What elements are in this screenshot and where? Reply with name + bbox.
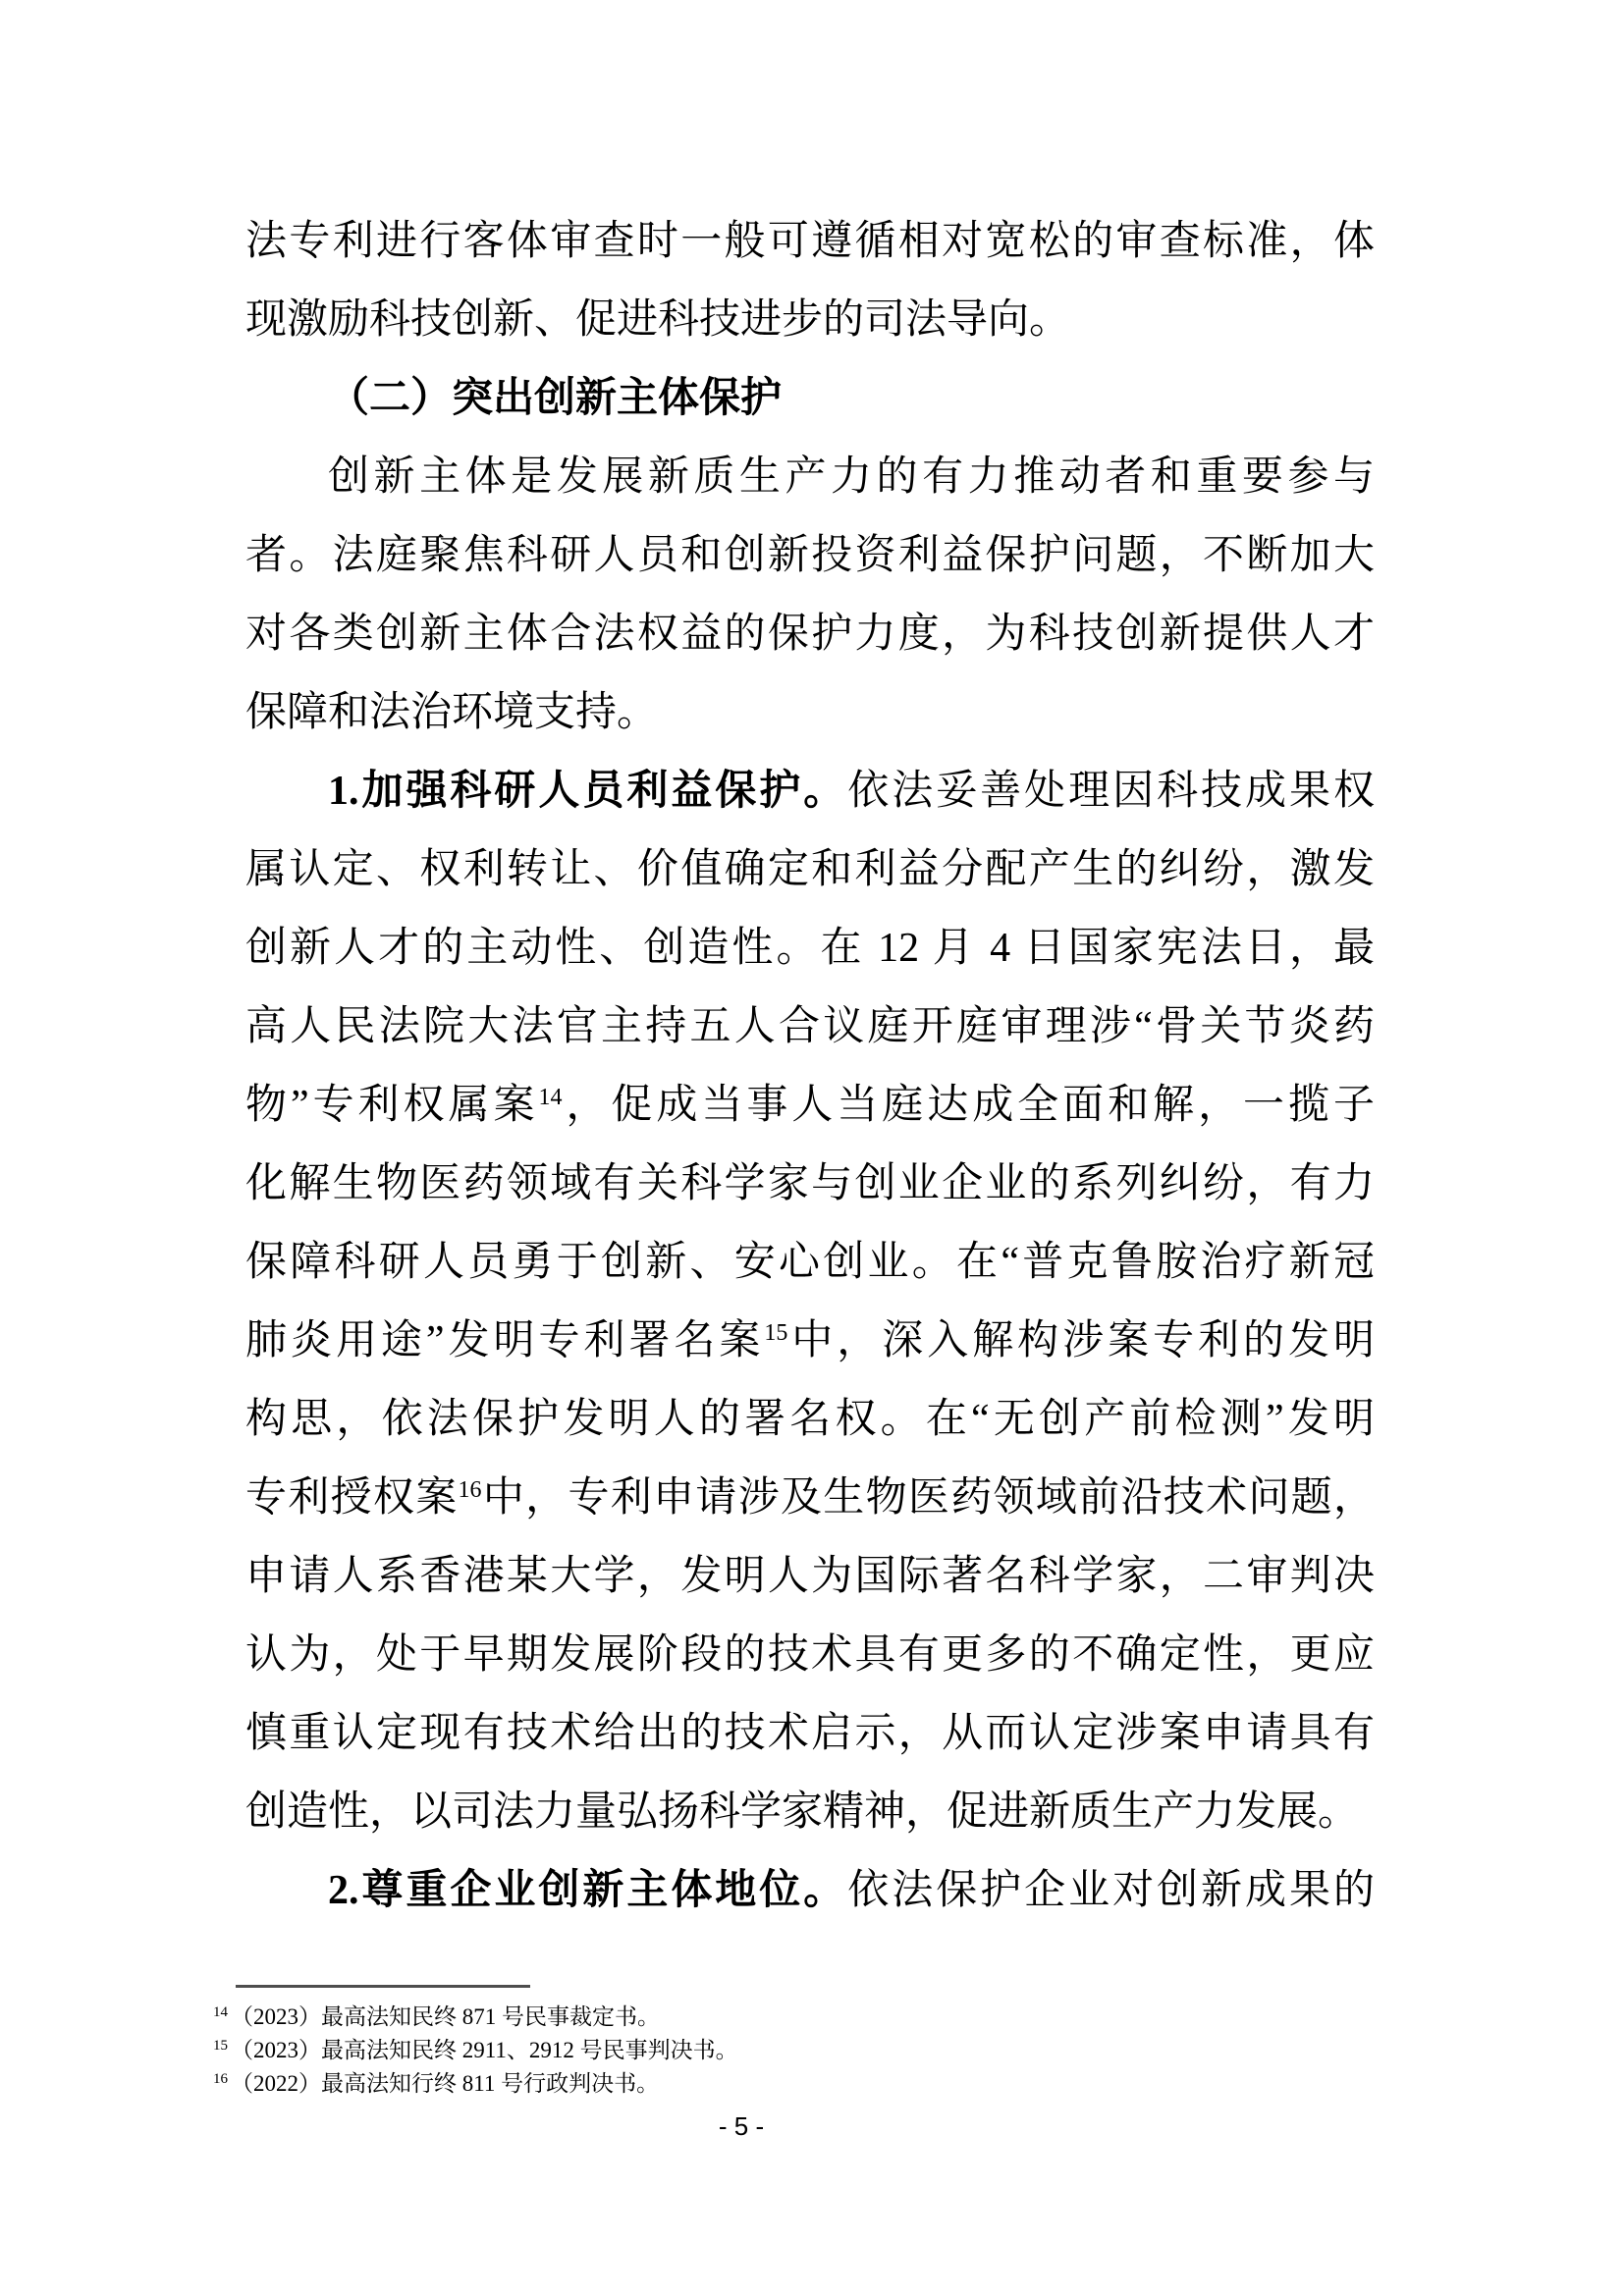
text-line: 高人民法院大法官主持五人合议庭开庭审理涉“骨关节炎药: [245, 988, 1375, 1066]
text-run: 创新主体是发展新质生产力的有力推动者和重要参与: [328, 454, 1375, 500]
text-line: 法专利进行客体审查时一般可遵循相对宽松的审查标准，体: [245, 202, 1375, 281]
text-run: 者。法庭聚焦科研人员和创新投资利益保护问题，不断加大: [245, 533, 1375, 578]
footnote-reference: 14: [538, 1085, 562, 1110]
text-run: 创造性，以司法力量弘扬科学家精神，促进新质生产力发展。: [245, 1789, 1359, 1835]
heading-section-2: （二）突出创新主体保护: [245, 359, 1375, 438]
para-innovation-subjects: 创新主体是发展新质生产力的有力推动者和重要参与者。法庭聚焦科研人员和创新投资利益…: [245, 438, 1375, 752]
footnote-item: 15（2023）最高法知民终 2911、2912 号民事判决书。: [213, 2034, 1375, 2067]
footnote-text: （2023）最高法知民终 871 号民事裁定书。: [231, 2004, 660, 2029]
text-line: 属认定、权利转让、价值确定和利益分配产生的纠纷，激发: [245, 830, 1375, 909]
text-line: 保障科研人员勇于创新、安心创业。在“普克鲁胺治疗新冠: [245, 1223, 1375, 1302]
footnote-marker: 14: [213, 2004, 228, 2020]
text-line: 现激励科技创新、促进科技进步的司法导向。: [245, 281, 1375, 359]
text-run: 高人民法院大法官主持五人合议庭开庭审理涉“骨关节炎药: [245, 1004, 1375, 1049]
text-run: 物”专利权属案: [245, 1083, 538, 1128]
text-line: 对各类创新主体合法权益的保护力度，为科技创新提供人才: [245, 595, 1375, 673]
text-run: 中，深入解构涉案专利的发明: [787, 1318, 1375, 1363]
text-line: 慎重认定现有技术给出的技术启示，从而认定涉案申请具有: [245, 1694, 1375, 1773]
text-line: 者。法庭聚焦科研人员和创新投资利益保护问题，不断加大: [245, 516, 1375, 595]
footnote-text: （2023）最高法知民终 2911、2912 号民事判决书。: [231, 2038, 738, 2062]
text-line: （二）突出创新主体保护: [245, 359, 1375, 438]
text-run: 认为，处于早期发展阶段的技术具有更多的不确定性，更应: [245, 1632, 1375, 1678]
text-line: 申请人系香港某大学，发明人为国际著名科学家，二审判决: [245, 1537, 1375, 1616]
text-run: 保障科研人员勇于创新、安心创业。在“普克鲁胺治疗新冠: [245, 1240, 1375, 1285]
document-body: 法专利进行客体审查时一般可遵循相对宽松的审查标准，体现激励科技创新、促进科技进步…: [245, 202, 1375, 1930]
text-line: 认为，处于早期发展阶段的技术具有更多的不确定性，更应: [245, 1616, 1375, 1694]
document-page: 法专利进行客体审查时一般可遵循相对宽松的审查标准，体现激励科技创新、促进科技进步…: [0, 0, 1624, 2296]
text-run: 专利授权案: [245, 1475, 459, 1521]
para-point-1-researchers: 1.加强科研人员利益保护。依法妥善处理因科技成果权属认定、权利转让、价值确定和利…: [245, 752, 1375, 1851]
text-run: 保障和法治环境支持。: [245, 690, 658, 735]
footnote-marker: 15: [213, 2038, 228, 2054]
text-line: 构思，依法保护发明人的署名权。在“无创产前检测”发明: [245, 1380, 1375, 1459]
text-line: 创新主体是发展新质生产力的有力推动者和重要参与: [245, 438, 1375, 516]
text-run: 构思，依法保护发明人的署名权。在“无创产前检测”发明: [245, 1397, 1375, 1442]
text-run: 法专利进行客体审查时一般可遵循相对宽松的审查标准，体: [245, 219, 1375, 264]
text-line: 专利授权案16中，专利申请涉及生物医药领域前沿技术问题，: [245, 1459, 1375, 1537]
text-run: 化解生物医药领域有关科学家与创业企业的系列纠纷，有力: [245, 1161, 1375, 1206]
text-run: 慎重认定现有技术给出的技术启示，从而认定涉案申请具有: [245, 1711, 1375, 1756]
para-point-2-enterprises: 2.尊重企业创新主体地位。依法保护企业对创新成果的: [245, 1851, 1375, 1930]
page-number: - 5 -: [177, 2110, 1306, 2142]
text-run: 属认定、权利转让、价值确定和利益分配产生的纠纷，激发: [245, 847, 1375, 892]
text-run: 申请人系香港某大学，发明人为国际著名科学家，二审判决: [245, 1554, 1375, 1599]
footnote-separator: [236, 1985, 530, 1988]
text-line: 创造性，以司法力量弘扬科学家精神，促进新质生产力发展。: [245, 1773, 1375, 1851]
text-run: 创新人才的主动性、创造性。在 12 月 4 日国家宪法日，最: [245, 926, 1375, 971]
footnote-item: 16（2022）最高法知行终 811 号行政判决书。: [213, 2067, 1375, 2101]
footnote-marker: 16: [213, 2071, 228, 2087]
text-line: 物”专利权属案14，促成当事人当庭达成全面和解，一揽子: [245, 1066, 1375, 1145]
text-line: 化解生物医药领域有关科学家与创业企业的系列纠纷，有力: [245, 1145, 1375, 1223]
footnote-item: 14（2023）最高法知民终 871 号民事裁定书。: [213, 2001, 1375, 2034]
bold-run: 2.尊重企业创新主体地位。: [328, 1868, 847, 1913]
text-run: 依法保护企业对创新成果的: [847, 1868, 1375, 1913]
footnote-reference: 15: [764, 1320, 787, 1346]
para-continuation: 法专利进行客体审查时一般可遵循相对宽松的审查标准，体现激励科技创新、促进科技进步…: [245, 202, 1375, 359]
text-line: 1.加强科研人员利益保护。依法妥善处理因科技成果权: [245, 752, 1375, 830]
footnote-text: （2022）最高法知行终 811 号行政判决书。: [231, 2071, 659, 2096]
text-run: 对各类创新主体合法权益的保护力度，为科技创新提供人才: [245, 612, 1375, 657]
text-run: 中，专利申请涉及生物医药领域前沿技术问题，: [482, 1475, 1375, 1521]
footnotes-section: 14（2023）最高法知民终 871 号民事裁定书。15（2023）最高法知民终…: [213, 2001, 1375, 2101]
text-line: 保障和法治环境支持。: [245, 673, 1375, 752]
bold-run: （二）突出创新主体保护: [328, 376, 782, 421]
footnote-reference: 16: [459, 1477, 482, 1503]
text-run: 现激励科技创新、促进科技进步的司法导向。: [245, 297, 1070, 343]
text-run: 依法妥善处理因科技成果权: [847, 769, 1375, 814]
text-line: 肺炎用途”发明专利署名案15中，深入解构涉案专利的发明: [245, 1302, 1375, 1380]
text-run: ，促成当事人当庭达成全面和解，一揽子: [562, 1083, 1375, 1128]
bold-run: 1.加强科研人员利益保护。: [328, 769, 847, 814]
text-line: 2.尊重企业创新主体地位。依法保护企业对创新成果的: [245, 1851, 1375, 1930]
text-run: 肺炎用途”发明专利署名案: [245, 1318, 764, 1363]
text-line: 创新人才的主动性、创造性。在 12 月 4 日国家宪法日，最: [245, 909, 1375, 988]
